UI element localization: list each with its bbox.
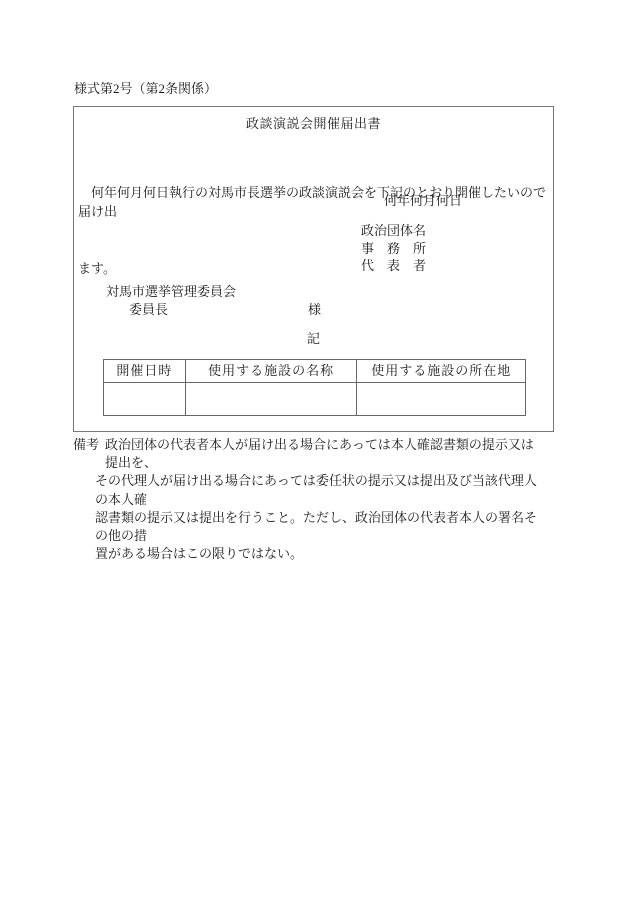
addressee-title: 委員長 <box>129 302 168 317</box>
honorific-sama: 様 <box>308 301 321 319</box>
org-name-label: 政治団体名 <box>361 222 426 240</box>
representative-label: 代 表 者 <box>361 257 426 275</box>
cell-event-datetime <box>104 383 186 416</box>
remarks-block: 備考 政治団体の代表者本人が届け出る場合にあっては本人確認書類の提示又は提出を、… <box>73 436 545 563</box>
submitter-block: 政治団体名 事 務 所 代 表 者 <box>361 222 426 275</box>
form-border-box: 政談演説会開催届出書 何年何月何日執行の対馬市長選挙の政談演説会を下記のとおり開… <box>73 106 554 432</box>
body-paragraph-line1: 何年何月何日執行の対馬市長選挙の政談演説会を下記のとおり開催したいので届け出 <box>78 183 550 221</box>
remarks-line1: 備考 政治団体の代表者本人が届け出る場合にあっては本人確認書類の提示又は提出を、 <box>73 436 545 472</box>
header-facility-name: 使用する施設の名称 <box>185 360 357 383</box>
office-label: 事 務 所 <box>361 240 426 258</box>
addressee-block: 対馬市選挙管理委員会 委員長 様 <box>106 283 236 318</box>
remarks-line1-text: 政治団体の代表者本人が届け出る場合にあっては本人確認書類の提示又は提出を、 <box>105 436 545 472</box>
form-number-label: 様式第2号（第2条関係） <box>74 80 217 98</box>
remarks-line4: 置がある場合はこの限りではない。 <box>73 545 545 563</box>
remarks-line2: その代理人が届け出る場合にあっては委任状の提示又は提出及び当該代理人の本人確 <box>73 472 545 508</box>
record-marker: 記 <box>74 330 553 348</box>
body-paragraph-line2: ます。 <box>78 259 550 278</box>
table-header-row: 開催日時 使用する施設の名称 使用する施設の所在地 <box>104 360 526 383</box>
cell-facility-name <box>185 383 357 416</box>
cell-facility-location <box>357 383 526 416</box>
date-placeholder: 何年何月何日 <box>384 192 462 210</box>
schedule-table: 開催日時 使用する施設の名称 使用する施設の所在地 <box>103 359 526 416</box>
header-event-datetime: 開催日時 <box>104 360 186 383</box>
form-title: 政談演説会開催届出書 <box>74 115 553 133</box>
remarks-line3: 認書類の提示又は提出を行うこと。ただし、政治団体の代表者本人の署名その他の措 <box>73 509 545 545</box>
remarks-label: 備考 <box>73 436 99 472</box>
table-empty-row <box>104 383 526 416</box>
document-page: 様式第2号（第2条関係） 政談演説会開催届出書 何年何月何日執行の対馬市長選挙の… <box>0 0 630 903</box>
addressee-org: 対馬市選挙管理委員会 <box>106 283 236 301</box>
header-facility-location: 使用する施設の所在地 <box>357 360 526 383</box>
addressee-line2: 委員長 様 <box>106 301 236 319</box>
